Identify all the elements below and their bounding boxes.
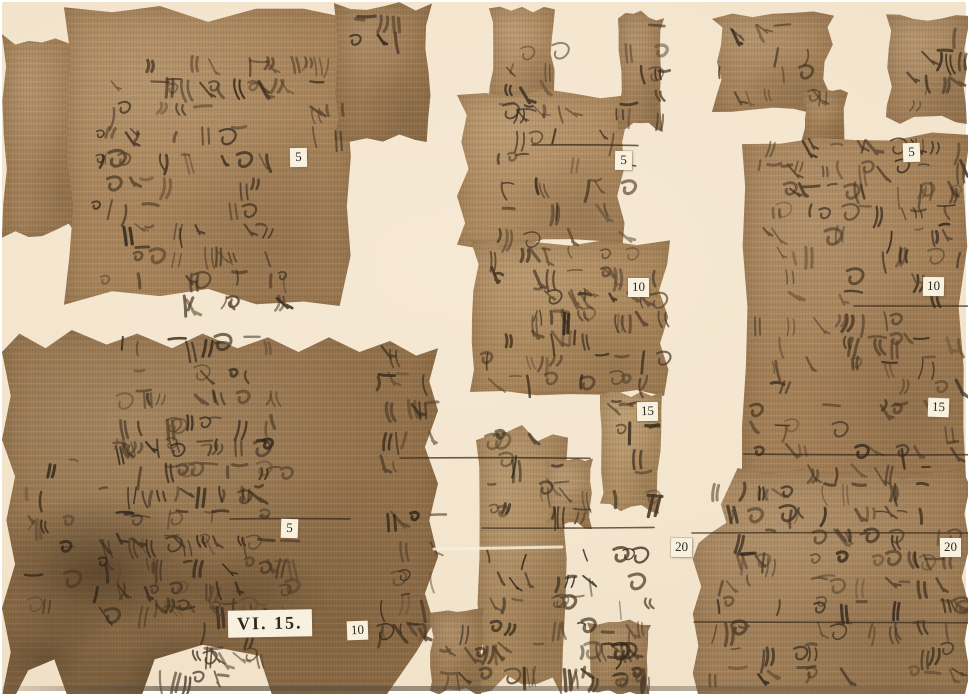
papyrus-fragment <box>618 10 664 132</box>
papyrus-fragment <box>742 126 968 488</box>
papyrus-fragment <box>2 330 438 694</box>
line-marker-middle-10: 10 <box>628 278 649 297</box>
papyrus-fragment <box>470 238 670 396</box>
papyrus-fragment <box>690 468 968 694</box>
line-marker-right-5: 5 <box>903 143 921 163</box>
line-marker-middle-15: 15 <box>637 402 658 421</box>
papyrus-fragment <box>334 2 432 142</box>
line-marker-right-20: 20 <box>940 538 961 557</box>
line-marker-middle-5: 5 <box>615 151 632 170</box>
papyrus-fragment <box>587 618 651 694</box>
papyrus-fragment <box>64 6 352 306</box>
line-marker-right-10: 10 <box>923 277 944 296</box>
papyrus-fragment <box>430 608 484 694</box>
papyrus-plate-page: 5 5 10 5 10 15 20 5 10 15 20 VI. 15. <box>0 0 968 694</box>
plate-bottom-edge <box>2 686 966 691</box>
line-marker-left-10: 10 <box>347 621 369 641</box>
line-marker-right-15: 15 <box>928 398 950 418</box>
papyrus-fragment <box>489 6 555 102</box>
papyrus-fragment <box>545 457 593 529</box>
line-marker-middle-20: 20 <box>671 538 692 557</box>
papyrus-fragment <box>476 420 568 694</box>
papyrus-stain <box>2 330 438 694</box>
line-marker-left-5-upper: 5 <box>290 148 307 167</box>
plate-number-label: VI. 15. <box>228 609 312 637</box>
line-marker-left-5-lower: 5 <box>281 519 299 539</box>
papyrus-fragment <box>457 88 629 250</box>
papyrus-plate-photo: 5 5 10 5 10 15 20 5 10 15 20 VI. 15. <box>2 2 966 691</box>
papyrus-fragment <box>886 12 968 124</box>
